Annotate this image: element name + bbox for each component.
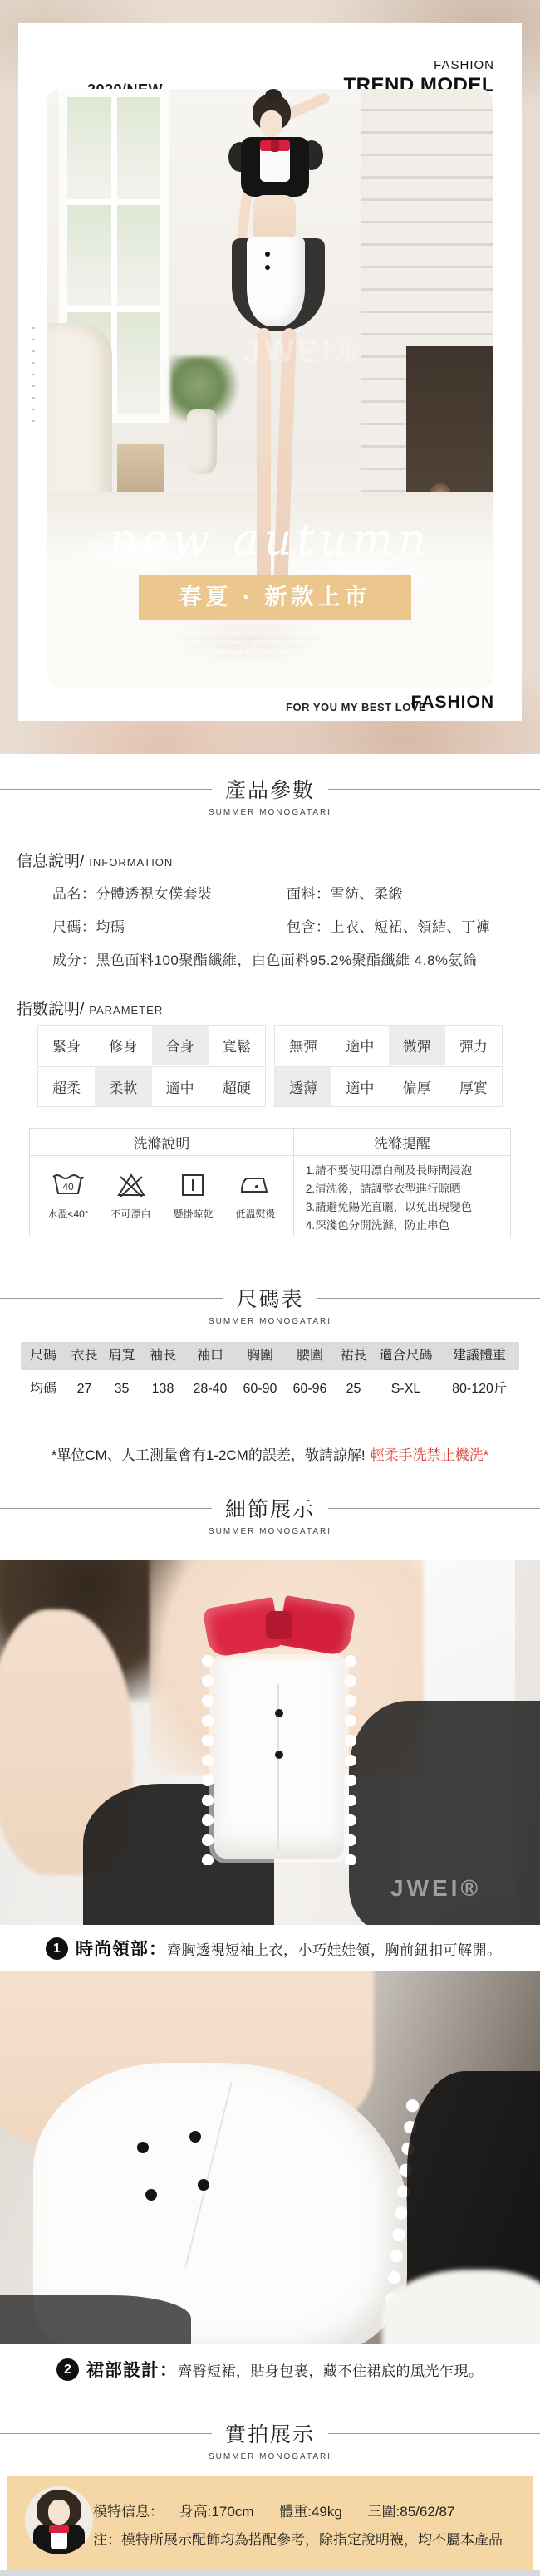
- fashion-label: FASHION: [344, 58, 495, 72]
- watermark: JWEI®: [390, 1875, 481, 1902]
- section-title: 尺碼表: [223, 1283, 317, 1313]
- model-info-bar: 模特信息： 身高:170cm 體重:49kg 三圍:85/62/87 注：模特所…: [7, 2476, 533, 2570]
- model-height: 身高:170cm: [179, 2504, 254, 2520]
- product-detail-page: 2020/NEW FASHION TREND MODEL: [0, 0, 540, 2576]
- field-fabric: 面料：雪紡、柔緞: [287, 882, 403, 903]
- washing-left-header: 洗滌說明: [30, 1129, 294, 1156]
- decorative-side-text: [32, 327, 35, 424]
- section-title: 實拍展示: [212, 2418, 328, 2448]
- watermark: JWEI®: [50, 2221, 145, 2249]
- model-measurements: 三圍:85/62/87: [368, 2504, 455, 2520]
- watermark: JWEI®: [243, 335, 361, 370]
- parameter-row-fit: 緊身 修身 合身 寬鬆 無彈 適中 微彈 彈力: [37, 1025, 503, 1065]
- parameter-row-texture: 超柔 柔軟 適中 超硬 透薄 適中 偏厚 厚實: [37, 1066, 503, 1107]
- hero-script-text: new autumn: [47, 516, 493, 566]
- hero-caption: Lorem ipsum dolor sit amet, consectetur …: [114, 629, 425, 656]
- model-info-label: 模特信息：: [93, 2504, 164, 2520]
- hand-wash-warning: 輕柔手洗禁止機洗*: [371, 1447, 489, 1463]
- field-size: 尺碼：均碼: [52, 915, 125, 936]
- slogan-label: FOR YOU MY BEST LOVE: [286, 701, 426, 713]
- hang-dry-icon: [179, 1172, 206, 1198]
- washing-tips: 1.請不要使用漂白劑及長時間浸泡 2.清洗後，請調整衣型進行晾晒 3.請避免陽光…: [294, 1156, 510, 1237]
- section-subtitle: SUMMER MONOGATARI: [0, 1527, 540, 1536]
- new-arrival-banner: 春夏 · 新款上市: [139, 575, 411, 620]
- field-composition: 成分：黑色面料100聚酯纖維，白色面料95.2%聚酯纖維 4.8%氨綸: [52, 948, 478, 969]
- vase-graphic: [187, 409, 217, 474]
- section-size-chart: 尺碼表 SUMMER MONOGATARI: [0, 1283, 540, 1326]
- model-note: 注：模特所展示配飾均為搭配參考，除指定說明襪，均不屬本產品: [93, 2528, 503, 2549]
- detail-caption-collar: 1 時尚領部： 齊胸透視短袖上衣，小巧娃娃領，胸前鈕扣可解開。: [46, 1936, 502, 1961]
- section-subtitle: SUMMER MONOGATARI: [0, 1317, 540, 1326]
- size-table-row: 均碼27 35138 28-4060-90 60-9625 S-XL80-120…: [21, 1370, 519, 1408]
- section-real-shots: 實拍展示 SUMMER MONOGATARI: [0, 2418, 540, 2461]
- section-subtitle: SUMMER MONOGATARI: [0, 2452, 540, 2461]
- field-includes: 包含：上衣、短裙、領結、丁褲: [287, 915, 490, 936]
- step-1-badge: 1: [46, 1937, 68, 1960]
- step-2-badge: 2: [56, 2358, 79, 2381]
- model-weight: 體重:49kg: [279, 2504, 342, 2520]
- section-title: 細節展示: [212, 1493, 328, 1523]
- section-subtitle: SUMMER MONOGATARI: [0, 808, 540, 817]
- model-avatar: [25, 2486, 93, 2554]
- fashion-footer-label: FASHION: [411, 693, 494, 713]
- hero-card: 2020/NEW FASHION TREND MODEL: [18, 23, 522, 721]
- detail-photo-skirt: JWEI®: [0, 1971, 540, 2344]
- parameter-heading: 指數說明/PARAMETER: [17, 997, 163, 1019]
- detail-photo-collar: JWEI®: [0, 1560, 540, 1925]
- section-title: 產品參數: [212, 774, 328, 804]
- detail-caption-skirt: 2 裙部設計： 齊臀短裙，貼身包裹，藏不住裙底的風光乍現。: [56, 2357, 484, 2382]
- hero-photo: JWEI® new autumn 春夏 · 新款上市 Lorem ipsum d…: [47, 89, 493, 688]
- size-table-header: 尺碼衣長 肩寬袖長 袖口胸圍 腰圍裙長 適合尺碼建議體重: [21, 1342, 519, 1370]
- info-heading: 信息說明/INFORMATION: [17, 849, 173, 871]
- svg-text:40: 40: [62, 1181, 74, 1193]
- washing-table: 洗滌說明 洗滌提醒 40 水溫<40° 不可漂白: [29, 1128, 511, 1237]
- washing-icons: 40 水溫<40° 不可漂白 懸掛晾乾: [30, 1156, 294, 1237]
- size-table: 尺碼衣長 肩寬袖長 袖口胸圍 腰圍裙長 適合尺碼建議體重 均碼27 35138 …: [21, 1342, 519, 1408]
- section-details: 細節展示 SUMMER MONOGATARI: [0, 1493, 540, 1536]
- size-note: *單位CM、人工測量會有1-2CM的誤差，敬請諒解!輕柔手洗禁止機洗*: [0, 1443, 540, 1464]
- section-product-params: 產品參數 SUMMER MONOGATARI: [0, 774, 540, 817]
- no-bleach-icon: [116, 1172, 146, 1198]
- model-stats: 模特信息： 身高:170cm 體重:49kg 三圍:85/62/87: [93, 2500, 454, 2520]
- washing-right-header: 洗滌提醒: [294, 1129, 510, 1156]
- bottom-strip: [0, 2570, 540, 2576]
- low-iron-icon: [238, 1172, 272, 1198]
- wooden-box-graphic: [117, 444, 164, 496]
- wash-below-40-icon: 40: [52, 1172, 85, 1198]
- field-product-name: 品名：分體透視女僕套裝: [52, 882, 213, 903]
